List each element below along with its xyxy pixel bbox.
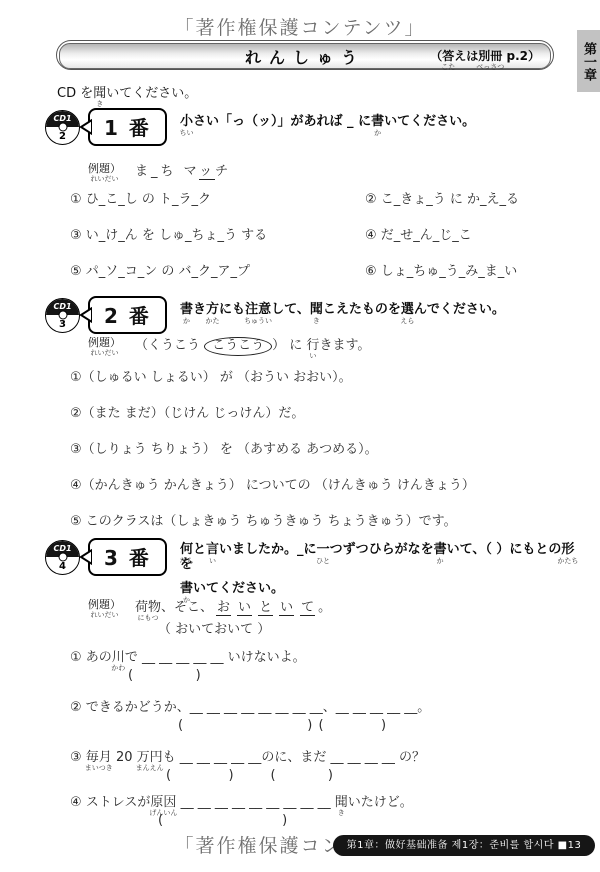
speech-tail-icon [79,305,92,325]
intro-text: CD を聞きいてください。 [57,82,197,101]
exercise3-item-line: ② できるかどうか、__ __ __ __ __ __ __ __、__ __ … [70,696,430,715]
exercise1-item: ⑤ パ_ソ_コ_ン の バ_ク_ア_プ [70,260,365,279]
exercise3-item-line: ③ 毎月まいつき 20 万円まんえんも __ __ __ __ __のに、まだ … [70,746,425,765]
answer-paren-line: ( ) ( ) [178,718,430,733]
exercise1-example-text: ま_ち マッチ [135,160,231,179]
practice-header-bar: れんしゅう （答こたえは別冊べっさつ p.2） [56,40,554,70]
exercise2-item: ⑤ このクラスは（しょきゅう ちゅうきゅう ちょうきゅう）です。 [70,510,475,529]
exercise1-number: 1 番 [104,116,151,140]
practice-header-inner: れんしゅう （答こたえは別冊べっさつ p.2） [59,43,551,69]
answer-paren-line: ( ) ( ) [166,768,425,783]
page-title: れんしゅう [245,45,365,68]
exercise2-example-text: （くうこう こうこう） に 行いきます。 [135,334,370,353]
answer-note: （答こたえは別冊べっさつ p.2） [430,47,540,64]
exercise2-example: 例題）れいだい （くうこう こうこう） に 行いきます。 [88,334,370,353]
exercise3-instruction-line2: 書かいてください。 [180,582,580,597]
chapter-tab: 第一章 [577,30,600,92]
cd-disc-icon: CD1 2 [45,110,80,145]
exercise1-item: ③ い_け_ん を しゅ_ちょ_う する [70,224,365,243]
exercise1-instruction: 小ちいさい「っ（ッ）」があれば _ に書かいてください。 [180,115,560,130]
exercise2-item: ④（かんきゅう かんきょう） についての （けんきゅう けんきょう） [70,474,475,493]
exercise3-item-line: ④ ストレスが原因げんいん __ __ __ __ __ __ __ __ __… [70,791,413,810]
speech-tail-icon [79,117,92,137]
chapter-footer-badge: 第1章：做好基础准备 제1장：준비를 합시다 ■13 [333,835,595,856]
exercise3-header: CD1 4 3 番 [45,538,167,576]
cd-hole-icon [58,123,67,132]
exercise2-number-box: 2 番 [88,296,167,334]
exercise3-item: ① あの川かわで __ __ __ __ __ いけないよ。 ( ) [70,646,306,683]
cd-disc-icon: CD1 3 [45,298,80,333]
exercise3-item: ③ 毎月まいつき 20 万円まんえんも __ __ __ __ __のに、まだ … [70,746,425,783]
exercise3-number-box: 3 番 [88,538,167,576]
cd-hole-icon [58,311,67,320]
cd-disc-icon: CD1 4 [45,540,80,575]
exercise3-instruction-line1: 何なんと言いいましたか。_に一ひとつずつひらがなを書かいて、（ ）にもとの形かた… [180,543,580,573]
example-label: 例題）れいだい [88,160,121,176]
exercise3-instruction: 何なんと言いいましたか。_に一ひとつずつひらがなを書かいて、（ ）にもとの形かた… [180,543,580,597]
exercise3-item: ② できるかどうか、__ __ __ __ __ __ __ __、__ __ … [70,696,430,733]
exercise2-number: 2 番 [104,304,151,328]
exercise3-example-text: 荷物にもつ、そこ、おいといて。 [135,596,331,615]
exercise2-item: ②（また まだ）（じけん じっけん）だ。 [70,402,475,421]
textbook-page: 「著作権保護コンテンツ」 第一章 れんしゅう （答こたえは別冊べっさつ p.2）… [0,0,600,872]
exercise1-item: ① ひ_こ_し の ト_ラ_ク [70,188,365,207]
exercise3-example: 例題）れいだい 荷物にもつ、そこ、おいといて。 [88,596,331,615]
exercise3-item-line: ① あの川かわで __ __ __ __ __ いけないよ。 [70,646,306,665]
exercise1-example: 例題）れいだい ま_ち マッチ [88,160,231,179]
exercise1-item: ④ だ_せ_ん_じ_こ [365,224,575,243]
answer-paren-line: ( ) [158,813,413,828]
speech-tail-icon [79,547,92,567]
answer-paren-line: ( ) [128,668,306,683]
exercise2-header: CD1 3 2 番 [45,296,167,334]
exercise1-item: ⑥ しょ_ちゅ_う_み_ま_い [365,260,575,279]
copyright-watermark-top: 「著作権保護コンテンツ」 [0,13,600,40]
exercise1-header: CD1 2 1 番 [45,108,167,146]
cd-hole-icon [58,553,67,562]
exercise2-item: ①（しゅるい しょるい） が （おうい おおい）。 [70,366,475,385]
exercise2-item: ③（しりょう ちりょう） を （あすめる あつめる）。 [70,438,475,457]
example-label: 例題）れいだい [88,596,121,612]
exercise3-item: ④ ストレスが原因げんいん __ __ __ __ __ __ __ __ __… [70,791,413,828]
exercise1-number-box: 1 番 [88,108,167,146]
exercise3-example-answer: （ おいておいて ） [158,618,270,637]
example-label: 例題）れいだい [88,334,121,350]
exercise3-number: 3 番 [104,546,151,570]
exercise2-items: ①（しゅるい しょるい） が （おうい おおい）。 ②（また まだ）（じけん じ… [70,366,475,546]
exercise1-items: ① ひ_こ_し の ト_ラ_ク ② こ_きょ_う に か_え_る ③ い_け_ん… [70,188,575,279]
exercise2-instruction: 書かき方かたにも注意ちゅういして、聞きこえたものを選えらんでください。 [180,303,575,318]
exercise1-item: ② こ_きょ_う に か_え_る [365,188,575,207]
